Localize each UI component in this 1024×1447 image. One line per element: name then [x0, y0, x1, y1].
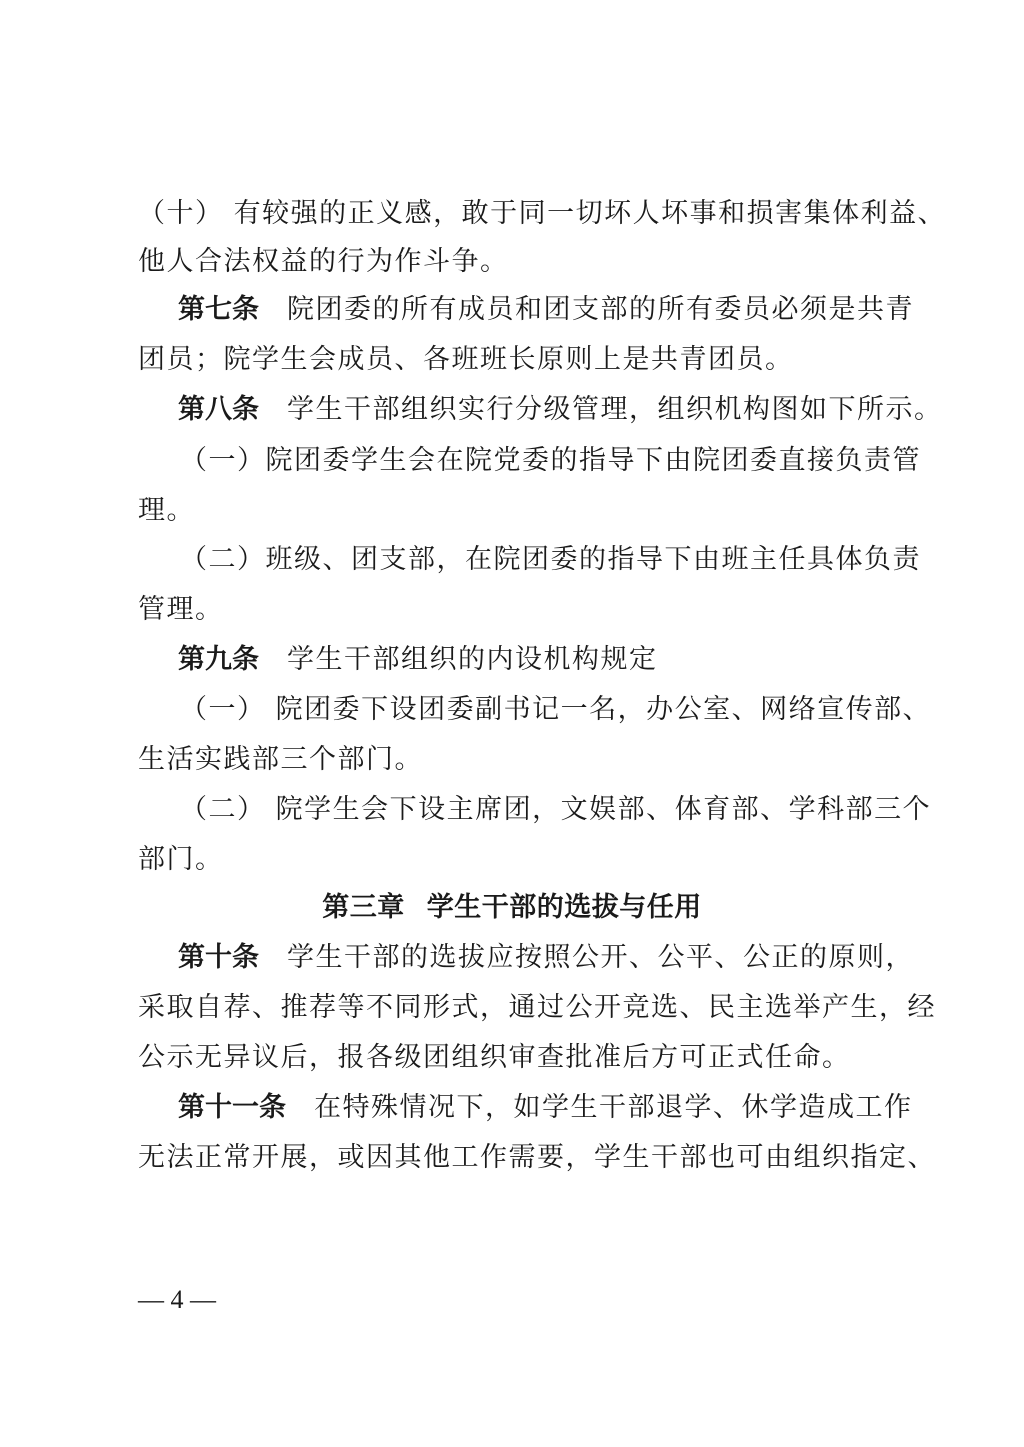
line-text: 管理。: [138, 594, 224, 625]
paragraph-line: 他人合法权益的行为作斗争。: [138, 244, 898, 280]
chapter-number: 第三章: [322, 892, 405, 923]
article-label: 第九条: [178, 644, 259, 675]
article-label: 第八条: [178, 394, 259, 425]
line-text: （二）班级、团支部，在院团委的指导下由班主任具体负责: [180, 544, 921, 575]
paragraph-line: 生活实践部三个部门。: [138, 742, 898, 778]
paragraph-line: 管理。: [138, 592, 898, 628]
article-text: 学生干部组织实行分级管理，组织机构图如下所示。: [287, 394, 943, 425]
line-text: 无法正常开展，或因其他工作需要，学生干部也可由组织指定、: [138, 1142, 936, 1173]
article-text: 在特殊情况下，如学生干部退学、休学造成工作: [314, 1092, 913, 1123]
line-text: 采取自荐、推荐等不同形式，通过公开竞选、民主选举产生，经: [138, 992, 936, 1023]
line-text: 部门。: [138, 844, 224, 875]
article-text: 学生干部的选拔应按照公开、公平、公正的原则，: [287, 942, 914, 973]
paragraph-line: 部门。: [138, 842, 898, 878]
paragraph-line: （十） 有较强的正义感，敢于同一切坏人坏事和损害集体利益、: [138, 196, 898, 232]
page-number: — 4 —: [138, 1283, 216, 1317]
line-text: 公示无异议后，报各级团组织审查批准后方可正式任命。: [138, 1042, 851, 1073]
article-7: 第七条院团委的所有成员和团支部的所有委员必须是共青: [178, 292, 938, 328]
line-text: （十） 有较强的正义感，敢于同一切坏人坏事和损害集体利益、: [138, 198, 946, 229]
chapter-heading: 第三章学生干部的选拔与任用: [0, 890, 1024, 926]
line-text: 理。: [138, 495, 195, 526]
line-text: 生活实践部三个部门。: [138, 744, 423, 775]
paragraph-line: 理。: [138, 493, 898, 529]
article-label: 第十一条: [178, 1092, 286, 1123]
line-text: 他人合法权益的行为作斗争。: [138, 246, 509, 277]
article-10: 第十条学生干部的选拔应按照公开、公平、公正的原则，: [178, 940, 938, 976]
paragraph-line: 无法正常开展，或因其他工作需要，学生干部也可由组织指定、: [138, 1140, 898, 1176]
article-text: 院团委的所有成员和团支部的所有委员必须是共青: [287, 294, 914, 325]
line-text: 团员；院学生会成员、各班班长原则上是共青团员。: [138, 344, 794, 375]
paragraph-line: （二） 院学生会下设主席团，文娱部、体育部、学科部三个: [180, 792, 940, 828]
article-8: 第八条学生干部组织实行分级管理，组织机构图如下所示。: [178, 392, 938, 428]
line-text: （一） 院团委下设团委副书记一名，办公室、网络宣传部、: [180, 694, 931, 725]
paragraph-line: （一）院团委学生会在院党委的指导下由院团委直接负责管: [180, 443, 940, 479]
line-text: （一）院团委学生会在院党委的指导下由院团委直接负责管: [180, 445, 921, 476]
article-label: 第七条: [178, 294, 259, 325]
line-text: （二） 院学生会下设主席团，文娱部、体育部、学科部三个: [180, 794, 931, 825]
article-9: 第九条学生干部组织的内设机构规定: [178, 642, 938, 678]
paragraph-line: 公示无异议后，报各级团组织审查批准后方可正式任命。: [138, 1040, 898, 1076]
paragraph-line: （一） 院团委下设团委副书记一名，办公室、网络宣传部、: [180, 692, 940, 728]
article-text: 学生干部组织的内设机构规定: [287, 644, 658, 675]
article-11: 第十一条在特殊情况下，如学生干部退学、休学造成工作: [178, 1090, 938, 1126]
paragraph-line: 采取自荐、推荐等不同形式，通过公开竞选、民主选举产生，经: [138, 990, 898, 1026]
document-page: （十） 有较强的正义感，敢于同一切坏人坏事和损害集体利益、 他人合法权益的行为作…: [0, 0, 1024, 1447]
paragraph-line: 团员；院学生会成员、各班班长原则上是共青团员。: [138, 342, 898, 378]
article-label: 第十条: [178, 942, 259, 973]
chapter-title: 学生干部的选拔与任用: [427, 892, 702, 923]
paragraph-line: （二）班级、团支部，在院团委的指导下由班主任具体负责: [180, 542, 940, 578]
